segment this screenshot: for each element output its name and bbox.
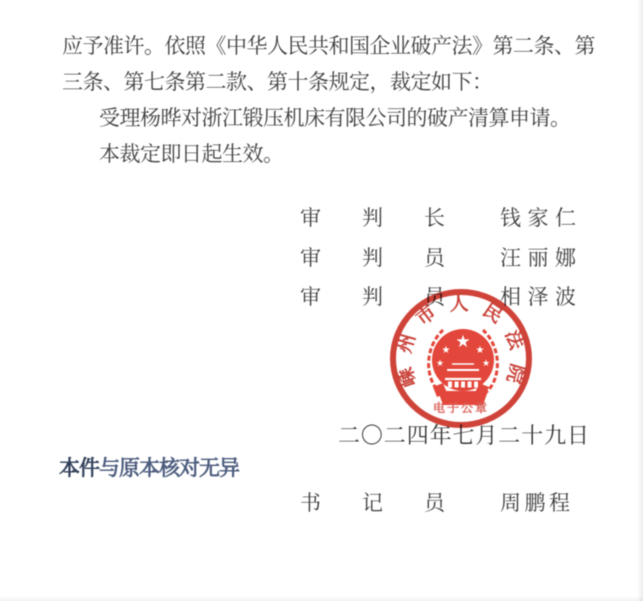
judge-name: 钱家仁 [500,202,583,232]
svg-text:★: ★ [482,358,490,368]
stamp-text: 与原本核对无异 [99,456,239,480]
svg-text:市: 市 [411,300,440,330]
signature-row-judge: 审判员 汪丽娜 [300,242,600,268]
clerk-title: 书记员 [300,487,486,517]
clerk-name: 周鹏程 [500,487,574,517]
svg-text:人: 人 [449,293,469,316]
body-line: 应予准许。依照《中华人民共和国企业破产法》第二条、第 [62,30,595,60]
body-line: 本裁定即日起生效。 [99,138,284,168]
signature-row-presiding-judge: 审判长 钱家仁 [300,202,600,228]
body-line: 三条、第七条第二款、第十条规定，裁定如下： [62,66,493,96]
body-line: 受理杨晔对浙江锻压机床有限公司的破产清算申请。 [99,102,571,132]
signature-row-clerk: 书记员 周鹏程 [300,487,600,513]
verification-stamp: 本件与原本核对无异 [59,452,239,482]
stamp-text-bold: 本件 [59,456,99,480]
svg-text:★: ★ [455,332,470,351]
electronic-seal-label: 电子公章 [433,400,489,415]
judge-name: 汪丽娜 [500,242,583,272]
document-content: 应予准许。依照《中华人民共和国企业破产法》第二条、第 三条、第七条第二款、第十条… [0,0,643,601]
judge-title: 审判员 [300,242,486,272]
court-seal-graphic: 嵊州市人民法院 ★ ★ ★ ★ ★ [388,288,534,429]
scan-edge-shadow-bottom [0,596,643,601]
svg-text:★: ★ [436,358,444,368]
court-ruling-document: 应予准许。依照《中华人民共和国企业破产法》第二条、第 三条、第七条第二款、第十条… [0,0,643,601]
svg-text:★: ★ [442,345,451,356]
judge-title: 审判长 [300,202,486,232]
scan-edge-shadow-right [637,0,643,601]
court-seal: 嵊州市人民法院 ★ ★ ★ ★ ★ [388,288,534,429]
svg-text:★: ★ [476,345,485,356]
